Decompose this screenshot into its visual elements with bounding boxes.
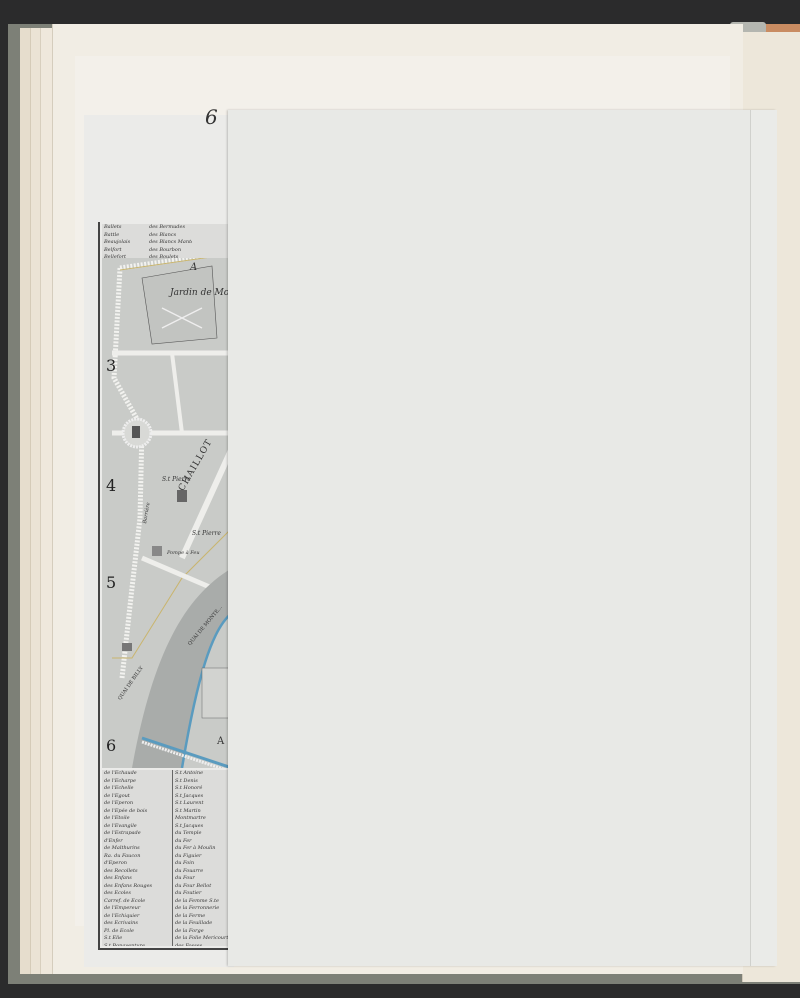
grid-number-5: 5 (106, 573, 116, 592)
legend-entry: S.t Jacques (175, 823, 231, 831)
legend-entry: de l'Empereur (104, 905, 172, 913)
legend-entry: du Temple (175, 830, 231, 838)
label-jardin: Jardin de Monceau (170, 288, 232, 298)
map-drawing: Jardin de Monceau A CHAILLOT S.t Pierre … (102, 258, 232, 768)
legend-entry: d'Eperon (104, 860, 172, 868)
legend-entry: Belfort (104, 247, 147, 255)
legend-entry: des Bourbon (149, 247, 192, 255)
legend-entry: de l'Etoile (104, 815, 172, 823)
legend-entry: du Figuier (175, 853, 231, 861)
legend-column: S.t Antoine S.t Denis S.t Honoré S.t Jac… (172, 770, 231, 946)
legend-entry: du Fer (175, 838, 231, 846)
legend-entry: de la Feuillade (175, 920, 231, 928)
legend-entry: des Fosses (175, 943, 231, 947)
legend-entry: S.t Laurent (175, 800, 231, 808)
legend-entry: Ra. du Faucon (104, 853, 172, 861)
legend-entry: de la Folie Mericourt (175, 935, 231, 943)
legend-entry: S.t Elie (104, 935, 172, 943)
legend-entry: du Foutier (175, 890, 231, 898)
legend-entry: S.t Jacques (175, 793, 231, 801)
legend-entry: d'Enfer (104, 838, 172, 846)
legend-entry: de l'Evangile (104, 823, 172, 831)
legend-entry: de l'Eperon (104, 800, 172, 808)
legend-entry: du Fer à Moulin (175, 845, 231, 853)
label-pompe-a-feu: Pompe à Feu (167, 550, 200, 556)
legend-entry: de l'Echiquier (104, 913, 172, 921)
legend-entry: de la Forge (175, 928, 231, 936)
legend-entry: Carref. de Ecole (104, 898, 172, 906)
legend-column: de l'Echaude de l'Echarpe de l'Echelle d… (102, 770, 172, 946)
legend-entry: de Malthurins (104, 845, 172, 853)
grid-number-3: 3 (106, 356, 116, 375)
legend-entry: des Enfans Rouges (104, 883, 172, 891)
legend-entry: de l'Egout (104, 793, 172, 801)
legend-entry: Beaujolais (104, 239, 147, 247)
legend-entry: S.t Antoine (175, 770, 231, 778)
label-st-pierre-1: S.t Pierre (162, 476, 191, 483)
legend-entry: des Blancs (149, 232, 192, 240)
legend-entry: du Foin (175, 860, 231, 868)
legend-entry: du Four (175, 875, 231, 883)
legend-entry: du Fouarre (175, 868, 231, 876)
blank-overlay-sheet (228, 110, 776, 966)
legend-column: Ballets Battle Beaujolais Belfort Bellef… (102, 224, 147, 260)
legend-entry: de l'Echelle (104, 785, 172, 793)
grid-number-6: 6 (106, 736, 116, 755)
legend-entry: de la Ferme (175, 913, 231, 921)
legend-entry: S.t Denis (175, 778, 231, 786)
label-st-pierre-2: S.t Pierre (192, 530, 221, 537)
legend-entry: de l'Epée de bois (104, 808, 172, 816)
label-point-a: A (190, 262, 197, 273)
legend-entry: des Recollets (104, 868, 172, 876)
legend-entry: S.t Honoré (175, 785, 231, 793)
legend-entry: des Blancs Manteaux (149, 239, 192, 247)
grid-number-4: 4 (106, 476, 116, 495)
legend-entry: Battle (104, 232, 147, 240)
legend-entry: de l'Echaude (104, 770, 172, 778)
plate-number: 6 (205, 105, 218, 129)
legend-entry: du Four Bellot (175, 883, 231, 891)
street-index-top: Ballets Battle Beaujolais Belfort Bellef… (102, 224, 232, 260)
legend-entry: des Ecrivains (104, 920, 172, 928)
legend-entry: de l'Echarpe (104, 778, 172, 786)
legend-entry: de la Femme S.te (175, 898, 231, 906)
legend-column: des Bermudes des Blancs des Blancs Mante… (147, 224, 192, 260)
legend-entry: Montmartre (175, 815, 231, 823)
street-index-bottom: de l'Echaude de l'Echarpe de l'Echelle d… (102, 770, 232, 946)
legend-entry: de la Ferronnerie (175, 905, 231, 913)
legend-entry: des Bermudes (149, 224, 192, 232)
legend-entry: S.t Bonaventure (104, 943, 172, 947)
overlay-sheet-fold (750, 110, 777, 966)
legend-entry: des Enfans (104, 875, 172, 883)
label-point-a-lower: A (217, 736, 224, 747)
legend-entry: Pl. de Ecole (104, 928, 172, 936)
legend-entry: de l'Estrapade (104, 830, 172, 838)
legend-entry: Ballets (104, 224, 147, 232)
legend-entry: des Ecoles (104, 890, 172, 898)
legend-entry: S.t Martin (175, 808, 231, 816)
